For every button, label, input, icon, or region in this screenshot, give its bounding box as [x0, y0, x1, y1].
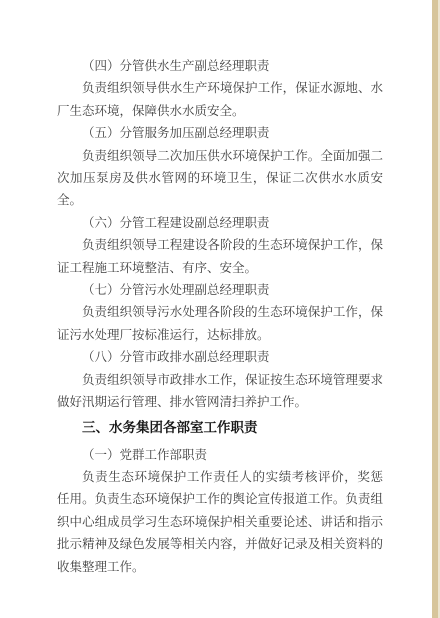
subsection-heading: （一）党群工作部职责 [57, 444, 383, 466]
page-edge-strip [432, 0, 440, 618]
body-text-line: 批示精神及绿色发展等相关内容，并做好记录及相关资料的 [57, 533, 383, 555]
body-text-line: 证工程施工环境整洁、有序、安全。 [57, 257, 383, 279]
body-text-line: 负责组织领导工程建设各阶段的生态环境保护工作，保 [57, 234, 383, 256]
body-text-line: 收集整理工作。 [57, 556, 383, 578]
subsection-heading: （七）分管污水处理副总经理职责 [57, 279, 383, 301]
body-text-line: 任用。负责生态环境保护工作的舆论宣传报道工作。负责组 [57, 488, 383, 510]
body-text-line: 负责生态环境保护工作责任人的实绩考核评价，奖惩 [57, 466, 383, 488]
subsection-heading: （五）分管服务加压副总经理职责 [57, 122, 383, 144]
subsection-heading: （六）分管工程建设副总经理职责 [57, 212, 383, 234]
document-body: （四）分管供水生产副总经理职责负责组织领导供水生产环境保护工作，保证水源地、水厂… [57, 55, 383, 578]
body-text-line: 次加压泵房及供水管网的环境卫生，保证二次供水水质安全。 [57, 167, 383, 212]
document-page: （四）分管供水生产副总经理职责负责组织领导供水生产环境保护工作，保证水源地、水厂… [0, 0, 440, 618]
body-text-line: 负责组织领导污水处理各阶段的生态环境保护工作，保 [57, 301, 383, 323]
body-text-line: 证污水处理厂按标准运行，达标排放。 [57, 324, 383, 346]
body-text-line: 织中心组成员学习生态环境保护相关重要论述、讲话和指示 [57, 511, 383, 533]
body-text-line: 做好汛期运行管理、排水管网清扫养护工作。 [57, 391, 383, 413]
body-text-line: 厂生态环境，保障供水水质安全。 [57, 100, 383, 122]
subsection-heading: （八）分管市政排水副总经理职责 [57, 346, 383, 368]
section-heading: 三、水务集团各部室工作职责 [57, 416, 383, 441]
body-text-line: 负责组织领导二次加压供水环境保护工作。全面加强二 [57, 145, 383, 167]
body-text-line: 负责组织领导市政排水工作，保证按生态环境管理要求 [57, 369, 383, 391]
subsection-heading: （四）分管供水生产副总经理职责 [57, 55, 383, 77]
body-text-line: 负责组织领导供水生产环境保护工作，保证水源地、水 [57, 77, 383, 99]
